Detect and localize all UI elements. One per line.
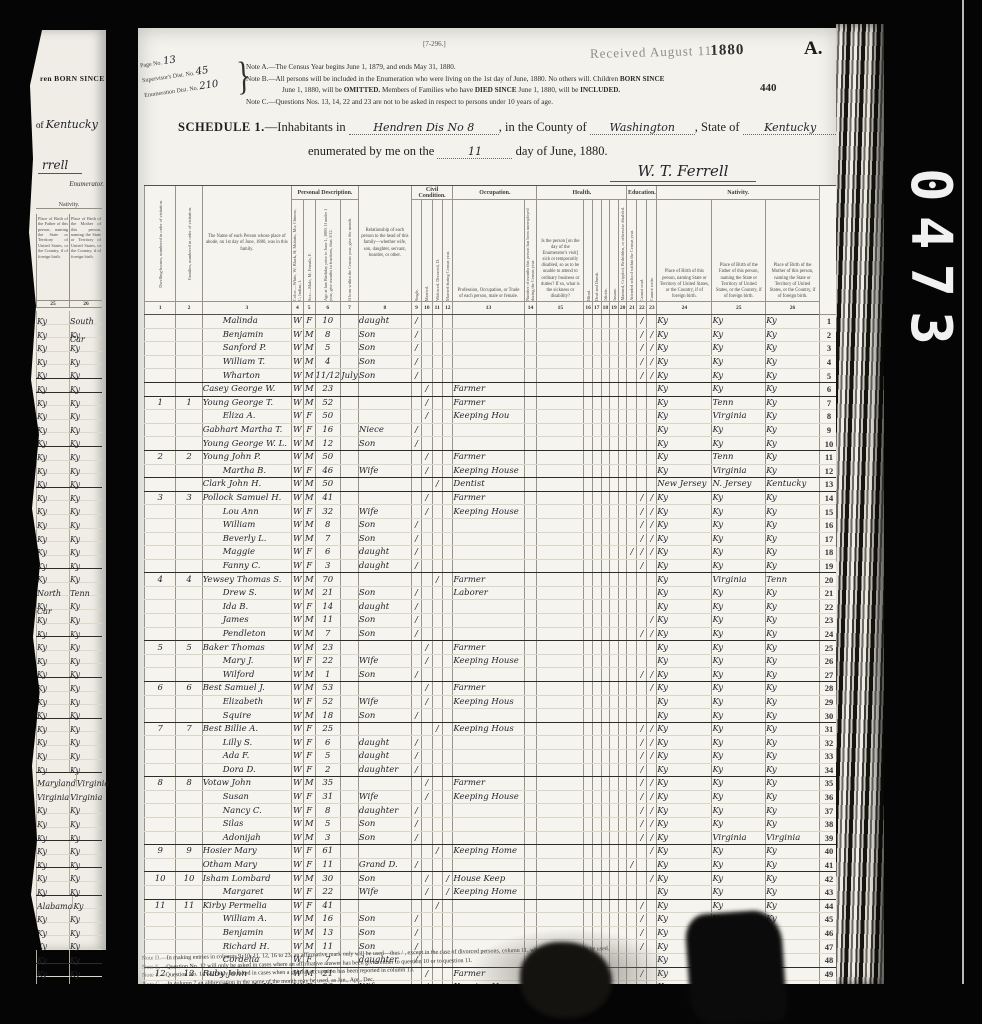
cell-r24-c16 (584, 627, 593, 641)
cell-r6-c25: Ky (712, 382, 766, 396)
cell-r29-c2 (176, 695, 202, 709)
cell-r36-c4: W (291, 790, 303, 804)
left-cell-col26: Ky (69, 515, 102, 528)
cell-r9-c14 (524, 423, 537, 437)
cell-r20-c23 (647, 573, 657, 587)
cell-r28-c8 (358, 682, 411, 696)
cell-r6-c2 (176, 382, 202, 396)
cell-r11-c20 (618, 450, 627, 464)
cell-r2-c3: Benjamin (202, 328, 291, 342)
cell-r1-c2 (176, 315, 202, 329)
page-no-value: 13 (163, 54, 177, 67)
cell-r13-c11: / (432, 478, 442, 492)
cell-r16-c9: / (411, 518, 421, 532)
cell-r17-c25: Ky (712, 532, 766, 546)
cell-r35-c17 (592, 777, 601, 791)
cell-r17-c16 (584, 532, 593, 546)
cell-r8-c14 (524, 410, 537, 424)
cell-r26-c14 (524, 654, 537, 668)
cell-r6-c23 (647, 382, 657, 396)
column-header-25: Place of Birth of the Father of this per… (712, 200, 766, 302)
cell-r8-c5: F (303, 410, 315, 424)
cell-r27-c23: / (647, 668, 657, 682)
cell-r6-c16 (584, 382, 593, 396)
cell-r31-c12 (442, 722, 452, 736)
cell-r5-c11 (432, 369, 442, 383)
left-row: KyKy (36, 719, 102, 733)
cell-r35-c11 (432, 777, 442, 791)
cell-r38-c17 (592, 817, 601, 831)
column-header-text-24: Place of Birth of this person, naming St… (657, 268, 711, 301)
column-header-3: The Name of each Person whose place of a… (202, 186, 291, 302)
stamp-year: 1880 (710, 42, 744, 59)
cell-r24-c26: Ky (766, 627, 820, 641)
cell-r25-c10: / (422, 641, 432, 655)
cell-r31-c16 (584, 722, 593, 736)
cell-r2-c10 (422, 328, 432, 342)
column-number-8: 8 (358, 302, 411, 315)
cell-r15-c1 (145, 505, 176, 519)
cell-r5-c8: Son (358, 369, 411, 383)
column-number-14: 14 (524, 302, 537, 315)
column-header-text-3: The Name of each Person whose place of a… (203, 233, 291, 253)
cell-r39-c25: Virginia (712, 831, 766, 845)
cell-r29-c22 (637, 695, 647, 709)
cell-r46-c1 (145, 926, 176, 940)
left-row: KyKy (36, 841, 102, 855)
cell-r25-c7 (341, 641, 359, 655)
column-header-text-12: Married during Census year. (445, 251, 450, 301)
cell-r20-c16 (584, 573, 593, 587)
cell-r32-c8: daught (358, 736, 411, 750)
cell-r27-c21 (627, 668, 637, 682)
cell-r5-c14 (524, 369, 537, 383)
place-value: Hendren Dis No 8 (349, 121, 499, 135)
cell-r13-c17 (592, 478, 601, 492)
table-row: Beverly L.WM7Son///KyKyKy17 (145, 532, 839, 546)
left-row: KyKy (36, 828, 102, 842)
cell-r18-c6: 6 (315, 546, 341, 560)
cell-r39-c15 (537, 831, 584, 845)
left-row: KyKy (36, 705, 102, 719)
cell-r3-c4: W (291, 342, 303, 356)
cell-r12-c5: F (303, 464, 315, 478)
cell-r35-c24: Ky (657, 777, 712, 791)
cell-r35-c14 (524, 777, 537, 791)
cell-r2-c12 (442, 328, 452, 342)
cell-r7-c21 (627, 396, 637, 410)
cell-r32-c21 (627, 736, 637, 750)
left-cell-col26: Ky (69, 542, 102, 555)
left-row: KyKy (36, 760, 102, 774)
cell-r6-c13: Farmer (453, 382, 524, 396)
cell-r18-c3: Maggie (202, 546, 291, 560)
cell-r42-c23: / (647, 872, 657, 886)
cell-r33-c9: / (411, 750, 421, 764)
column-header-17: Deaf and Dumb. (592, 200, 601, 302)
cell-r46-c12 (442, 926, 452, 940)
cell-r15-c12 (442, 505, 452, 519)
column-header-text-17: Deaf and Dumb. (594, 272, 599, 301)
cell-r23-c4: W (291, 614, 303, 628)
cell-r1-c8: daught (358, 315, 411, 329)
enumeration-dist-value: 210 (199, 79, 219, 93)
cell-r43-c20 (618, 885, 627, 899)
cell-r12-c26: Ky (766, 464, 820, 478)
cell-r41-c23 (647, 858, 657, 872)
cell-r14-c9 (411, 491, 421, 505)
cell-r35-c5: M (303, 777, 315, 791)
footer-note-label: Note F. (142, 973, 160, 979)
cell-r9-c11 (432, 423, 442, 437)
cell-r30-c17 (592, 709, 601, 723)
cell-r9-c7 (341, 423, 359, 437)
cell-r21-c5: M (303, 586, 315, 600)
cell-r18-c25: Ky (712, 546, 766, 560)
left-cell-col25: Ky (36, 950, 69, 963)
cell-r39-c26: Virginia (766, 831, 820, 845)
cell-r2-c17 (592, 328, 601, 342)
cell-r43-c1 (145, 885, 176, 899)
left-cell-col25: Ky (36, 610, 69, 623)
cell-r10-c7 (341, 437, 359, 451)
cell-r15-c14 (524, 505, 537, 519)
cell-r20-c10 (422, 573, 432, 587)
cell-r28-c11 (432, 682, 442, 696)
cell-r42-c16 (584, 872, 593, 886)
left-cell-col25: Ky (36, 420, 69, 433)
cell-r36-c19 (610, 790, 619, 804)
cell-r40-c16 (584, 845, 593, 859)
cell-r43-c16 (584, 885, 593, 899)
cell-r40-c19 (610, 845, 619, 859)
cell-r35-c21 (627, 777, 637, 791)
cell-r3-c5: M (303, 342, 315, 356)
cell-r27-c3: Wilford (202, 668, 291, 682)
cell-r2-c13 (453, 328, 524, 342)
cell-r38-c7 (341, 817, 359, 831)
left-cell-col25: Ky (36, 868, 69, 881)
left-cell-col26: Ky (69, 610, 102, 623)
census-table: Dwelling-houses, numbered in order of vi… (144, 185, 838, 995)
cell-r24-c23: / (647, 627, 657, 641)
cell-r23-c20 (618, 614, 627, 628)
cell-r3-c26: Ky (766, 342, 820, 356)
cell-r31-c3: Best Billie A. (202, 722, 291, 736)
cell-r16-c3: William (202, 518, 291, 532)
cell-r25-c11 (432, 641, 442, 655)
cell-r33-c12 (442, 750, 452, 764)
cell-r10-c25: Ky (712, 437, 766, 451)
cell-r10-c13 (453, 437, 524, 451)
table-row: BenjaminWM8Son///KyKyKy2 (145, 328, 839, 342)
column-number-5: 5 (303, 302, 315, 315)
column-header-23: Cannot write. (647, 200, 657, 302)
cell-r21-c26: Ky (766, 586, 820, 600)
cell-r18-c14 (524, 546, 537, 560)
left-state-handwritten: Kentucky (46, 118, 98, 131)
cell-r32-c4: W (291, 736, 303, 750)
cell-r39-c17 (592, 831, 601, 845)
cell-r39-c14 (524, 831, 537, 845)
cell-r11-c24: Ky (657, 450, 712, 464)
cell-r42-c20 (618, 872, 627, 886)
table-row: Martha B.WF46Wife/Keeping HouseKyVirgini… (145, 464, 839, 478)
cell-r7-c14 (524, 396, 537, 410)
cell-r4-c22: / (637, 355, 647, 369)
cell-r13-c26: Kentucky (766, 478, 820, 492)
stamp-text: Received August 11 (590, 43, 713, 61)
cell-r9-c8: Niece (358, 423, 411, 437)
cell-r16-c4: W (291, 518, 303, 532)
cell-r42-c24: Ky (657, 872, 712, 886)
left-row: KyKy (36, 461, 102, 475)
cell-r1-c3: Malinda (202, 315, 291, 329)
cell-r3-c7 (341, 342, 359, 356)
cell-r11-c13: Farmer (453, 450, 524, 464)
left-row: KyKy (36, 746, 102, 760)
cell-r1-c17 (592, 315, 601, 329)
cell-r38-c6: 5 (315, 817, 341, 831)
enumerator-signature: W. T. Ferrell (610, 162, 757, 182)
table-row: Casey George W.WM23/FarmerKyKyKy6 (145, 382, 839, 396)
column-number-24: 24 (657, 302, 712, 315)
cell-r2-c23: / (647, 328, 657, 342)
left-cell-col25: Ky (36, 760, 69, 773)
cell-r41-c6: 11 (315, 858, 341, 872)
cell-r42-c2: 10 (176, 872, 202, 886)
cell-r43-c21 (627, 885, 637, 899)
cell-r36-c9 (411, 790, 421, 804)
cell-r12-c14 (524, 464, 537, 478)
cell-r14-c12 (442, 491, 452, 505)
census-page: [7-296.] Received August 11 1880 A. 440 … (138, 28, 838, 985)
cell-r6-c5: M (303, 382, 315, 396)
cell-r4-c24: Ky (657, 355, 712, 369)
column-header-6: Age at last Birthday prior to June 1, 18… (315, 200, 341, 302)
cell-r34-c10 (422, 763, 432, 777)
cell-r44-c4: W (291, 899, 303, 913)
cell-r43-c10: / (422, 885, 432, 899)
cell-r33-c26: Ky (766, 750, 820, 764)
cell-r35-c16 (584, 777, 593, 791)
cell-r23-c10 (422, 614, 432, 628)
cell-r37-c5: F (303, 804, 315, 818)
cell-r24-c22: / (637, 627, 647, 641)
cell-r17-c12 (442, 532, 452, 546)
cell-r7-c10: / (422, 396, 432, 410)
cell-r32-c11 (432, 736, 442, 750)
cell-r41-c14 (524, 858, 537, 872)
column-header-19: Insane. (610, 200, 619, 302)
cell-r10-c2 (176, 437, 202, 451)
cell-r31-c5: F (303, 722, 315, 736)
left-cell-col25: Ky (36, 828, 69, 841)
left-cell-col25: Ky (36, 637, 69, 650)
cell-r16-c13 (453, 518, 524, 532)
cell-r27-c19 (610, 668, 619, 682)
cell-r3-c3: Sanford P. (202, 342, 291, 356)
left-cell-col25: Ky (36, 311, 69, 324)
table-row: PendletonWM7Son///KyKyKy24 (145, 627, 839, 641)
cell-r45-c22: / (637, 913, 647, 927)
cell-r21-c13: Laborer (453, 586, 524, 600)
cell-r23-c3: James (202, 614, 291, 628)
left-signature-fragment: rrell (38, 158, 82, 174)
cell-r14-c24: Ky (657, 491, 712, 505)
cell-r24-c17 (592, 627, 601, 641)
cell-r39-c12 (442, 831, 452, 845)
cell-r16-c14 (524, 518, 537, 532)
cell-r32-c19 (610, 736, 619, 750)
cell-r12-c20 (618, 464, 627, 478)
cell-r8-c8 (358, 410, 411, 424)
left-cell-col25: Ky (36, 501, 69, 514)
cell-r22-c1 (145, 600, 176, 614)
cell-r1-c26: Ky (766, 315, 820, 329)
cell-r39-c19 (610, 831, 619, 845)
cell-r4-c25: Ky (712, 355, 766, 369)
cell-r12-c19 (610, 464, 619, 478)
cell-r19-c18 (601, 559, 610, 573)
cell-r44-c2: 11 (176, 899, 202, 913)
cell-r26-c16 (584, 654, 593, 668)
cell-r22-c13 (453, 600, 524, 614)
cell-r3-c17 (592, 342, 601, 356)
cell-r12-c18 (601, 464, 610, 478)
cell-r23-c11 (432, 614, 442, 628)
left-cell-col26: Ky (69, 352, 102, 365)
received-stamp: Received August 11 1880 (590, 42, 745, 63)
cell-r22-c23 (647, 600, 657, 614)
left-cell-col25: Ky (36, 678, 69, 691)
cell-r35-c13: Farmer (453, 777, 524, 791)
cell-r18-c16 (584, 546, 593, 560)
cell-r26-c15 (537, 654, 584, 668)
cell-r20-c13: Farmer (453, 573, 524, 587)
cell-r29-c18 (601, 695, 610, 709)
cell-r40-c15 (537, 845, 584, 859)
cell-r26-c24: Ky (657, 654, 712, 668)
cell-r39-c11 (432, 831, 442, 845)
cell-r16-c6: 8 (315, 518, 341, 532)
cell-r32-c6: 6 (315, 736, 341, 750)
cell-r14-c25: Ky (712, 491, 766, 505)
left-row: KyKy (36, 800, 102, 814)
supervisor-dist-value: 45 (195, 65, 209, 78)
cell-r31-c14 (524, 722, 537, 736)
left-cell-col26: Ky (69, 828, 102, 841)
cell-r34-c11 (432, 763, 442, 777)
cell-r29-c25: Ky (712, 695, 766, 709)
cell-r26-c7 (341, 654, 359, 668)
cell-r30-c9: / (411, 709, 421, 723)
cell-r22-c18 (601, 600, 610, 614)
note-b2-b2: DIED SINCE (475, 86, 517, 94)
cell-r17-c5: M (303, 532, 315, 546)
cell-r10-c21 (627, 437, 637, 451)
cell-r10-c12 (442, 437, 452, 451)
table-row: ElizabethWF52Wife/Keeping HousKyKyKy29 (145, 695, 839, 709)
cell-r6-c1 (145, 382, 176, 396)
table-row: 77Best Billie A.WF25/Keeping Hous//KyKyK… (145, 722, 839, 736)
cell-r22-c24: Ky (657, 600, 712, 614)
cell-r16-c19 (610, 518, 619, 532)
cell-r40-c7 (341, 845, 359, 859)
cell-r23-c14 (524, 614, 537, 628)
cell-r8-c23 (647, 410, 657, 424)
left-cell-col25: Alabama (36, 896, 72, 909)
cell-r14-c26: Ky (766, 491, 820, 505)
table-row: 44Yewsey Thomas S.WM70/FarmerKyVirginiaT… (145, 573, 839, 587)
cell-r22-c17 (592, 600, 601, 614)
group-header-occupation-: Occupation. (453, 186, 537, 200)
cell-r15-c10: / (422, 505, 432, 519)
cell-r44-c7 (341, 899, 359, 913)
cell-r1-c11 (432, 315, 442, 329)
cell-r45-c10 (422, 913, 432, 927)
cell-r46-c8: Son (358, 926, 411, 940)
left-row: KyKy (36, 447, 102, 461)
cell-r7-c2: 1 (176, 396, 202, 410)
table-row: SusanWF31Wife/Keeping House//KyKyKy36 (145, 790, 839, 804)
cell-r6-c10: / (422, 382, 432, 396)
cell-r23-c17 (592, 614, 601, 628)
cell-r21-c2 (176, 586, 202, 600)
cell-r42-c12: / (442, 872, 452, 886)
cell-r47-c2 (176, 940, 202, 954)
cell-r22-c21 (627, 600, 637, 614)
cell-r36-c17 (592, 790, 601, 804)
cell-r35-c12 (442, 777, 452, 791)
cell-r18-c7 (341, 546, 359, 560)
note-b-line1: Note B.—All persons will be included in … (246, 74, 786, 86)
cell-r13-c25: N. Jersey (712, 478, 766, 492)
cell-r44-c5: F (303, 899, 315, 913)
left-cell-col25: Ky (36, 352, 69, 365)
cell-r20-c5: M (303, 573, 315, 587)
cell-r15-c18 (601, 505, 610, 519)
cell-r31-c4: W (291, 722, 303, 736)
cell-r8-c15 (537, 410, 584, 424)
schedule-label: SCHEDULE 1. (178, 120, 265, 134)
cell-r32-c18 (601, 736, 610, 750)
cell-r36-c22: / (637, 790, 647, 804)
cell-r2-c8: Son (358, 328, 411, 342)
cell-r23-c16 (584, 614, 593, 628)
cell-r9-c13 (453, 423, 524, 437)
cell-r12-c7 (341, 464, 359, 478)
cell-r1-c15 (537, 315, 584, 329)
cell-r4-c5: M (303, 355, 315, 369)
cell-r40-c18 (601, 845, 610, 859)
cell-r17-c22: / (637, 532, 647, 546)
column-header-text-20: Maimed, Crippled, Bedridden, or otherwis… (620, 207, 625, 301)
cell-r41-c7 (341, 858, 359, 872)
left-cell-col25: Ky (36, 964, 69, 977)
cell-r18-c1 (145, 546, 176, 560)
cell-r40-c24: Ky (657, 845, 712, 859)
left-row: KyKy (36, 515, 102, 529)
cell-r35-c20 (618, 777, 627, 791)
cell-r21-c8: Son (358, 586, 411, 600)
cell-r4-c19 (610, 355, 619, 369)
cell-r19-c14 (524, 559, 537, 573)
cell-r13-c13: Dentist (453, 478, 524, 492)
cell-r39-c22: / (637, 831, 647, 845)
cell-r21-c17 (592, 586, 601, 600)
cell-r33-c1 (145, 750, 176, 764)
